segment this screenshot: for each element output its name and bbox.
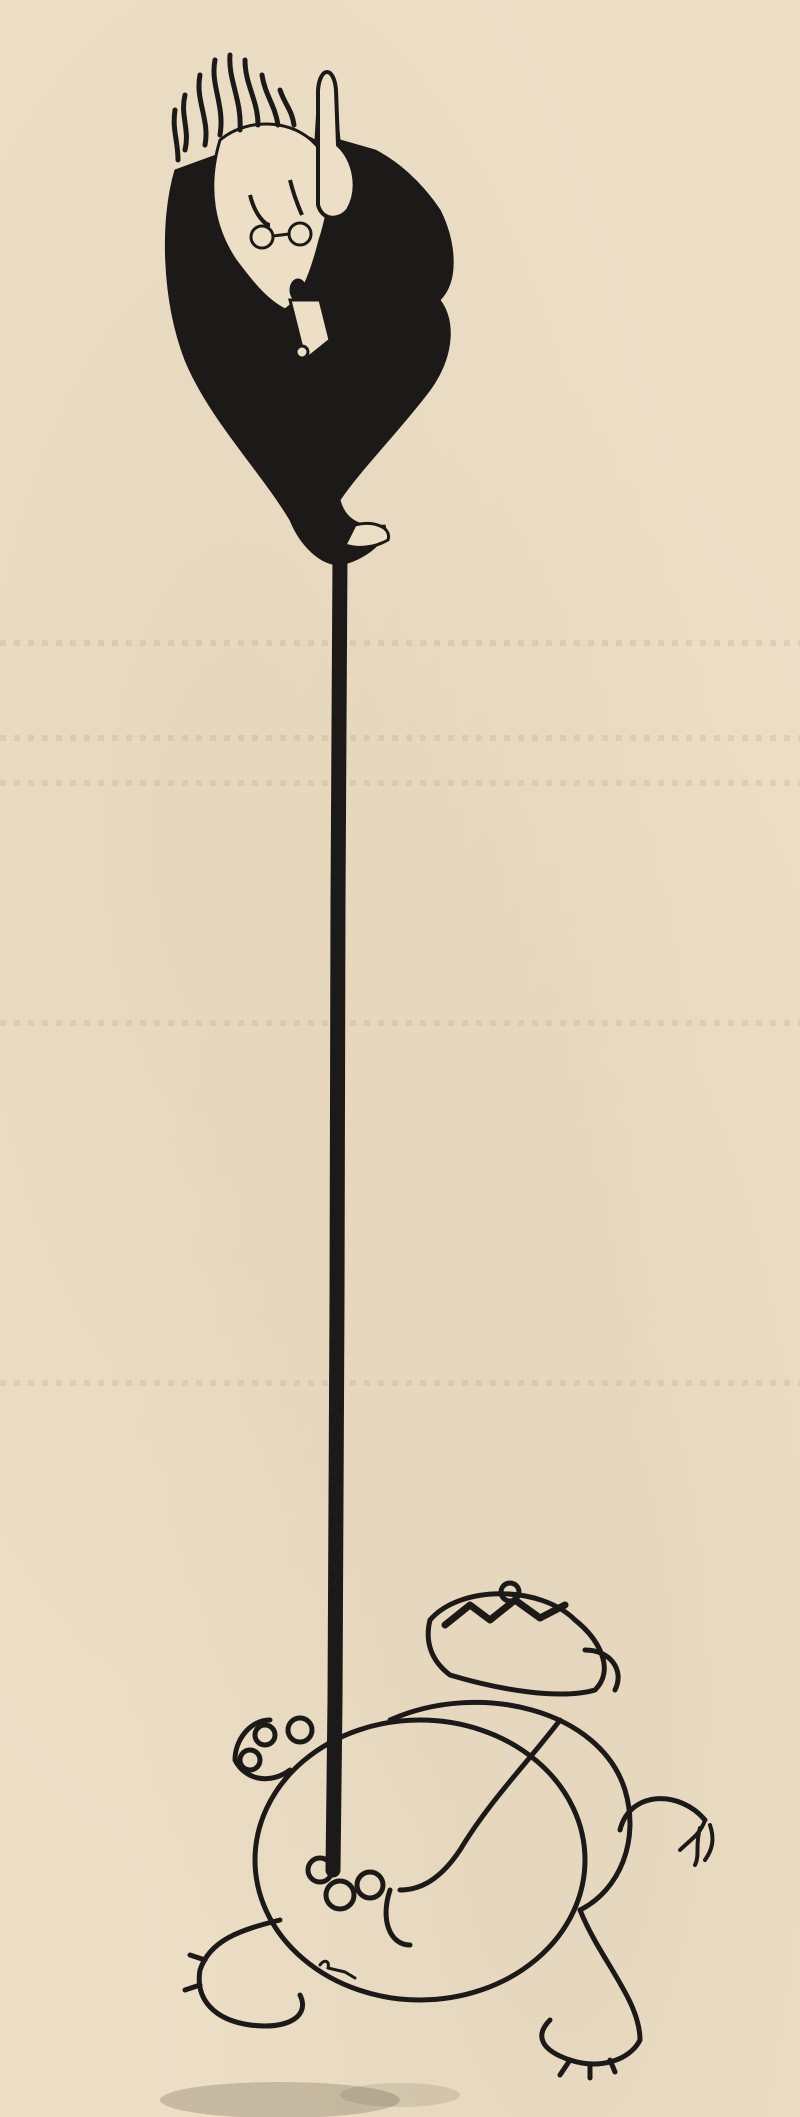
pole [333,555,340,1870]
bottom-figure [185,1583,712,2078]
illustration [0,0,800,2117]
top-figure [165,71,453,565]
ink-smudge [340,2083,460,2107]
